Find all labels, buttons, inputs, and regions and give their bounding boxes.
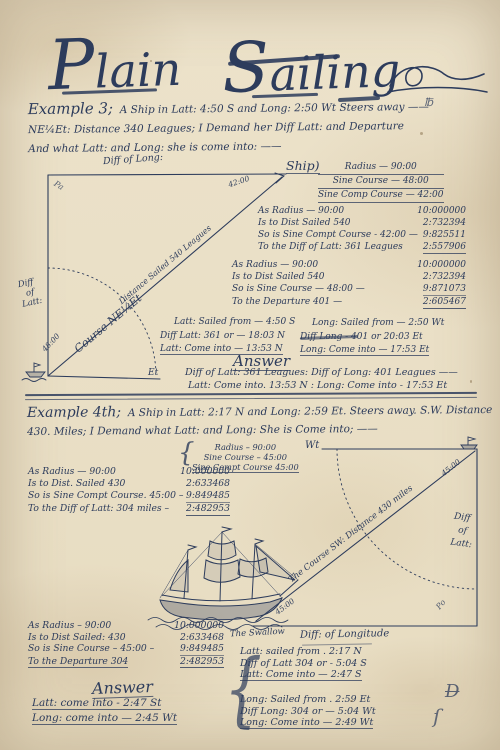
- example3-given-block: Radius — 90:00 Sine Course — 48:00 Sine …: [318, 161, 444, 203]
- answer4-line1: Latt: come into - 2:47 St: [32, 696, 177, 711]
- calc-label: Is to Dist Sailed: 430: [28, 632, 126, 644]
- latt3-row-1: Latt: Sailed from — 4:50 S: [160, 316, 295, 330]
- example3-calc-departure: As Radius — 90:0010:000000 Is to Dist Sa…: [232, 259, 466, 309]
- calc-row: So is Sine Compt Course. 45:00 –9:849485: [28, 490, 230, 502]
- example3-latt-block: Latt: Sailed from — 4:50 S Diff Latt: 36…: [160, 316, 295, 357]
- calc-label: As Radius — 90:00: [232, 259, 318, 271]
- results4-long-1: Long: Sailed from . 2:59 Et: [240, 694, 376, 706]
- results4-long-2: Diff Long: 304 or — 5:04 Wt: [240, 706, 376, 718]
- calc-label: Is to Dist. Sailed 430: [28, 478, 125, 490]
- results4-latt-block: Latt: sailed from . 2:17 N Diff of Latt …: [240, 646, 367, 681]
- calc-label: So is Sine Compt Course. 45:00 –: [28, 490, 183, 502]
- diagram3-ship-label: Ship): [286, 158, 320, 174]
- calc-label: Is to Dist Sailed 540: [258, 217, 351, 229]
- calc-value: 2:605467: [423, 295, 466, 309]
- calc-row: To the Diff of Latt: 304 miles –2:482953: [28, 502, 230, 516]
- manuscript-page: Plain Sailing ℔ Example 3; A Ship in Lat…: [0, 0, 500, 750]
- given3-row-sine-comp: Sine Comp Course — 42:00: [318, 189, 444, 203]
- ship-hull: [160, 598, 282, 620]
- calc-label: As Radius — 90:00: [258, 205, 344, 217]
- calc-value: 9:825511: [423, 229, 466, 241]
- example4-line1-text: A Ship in Latt: 2:17 N and Long: 2:59 Et…: [128, 404, 493, 419]
- calc-value: 2:482953: [186, 502, 230, 516]
- paper-speck: [470, 380, 472, 383]
- example3-line1-text: A Ship in Latt: 4:50 S and Long: 2:50 Wt…: [120, 101, 429, 116]
- calc-row: So is Sine Course – 45:00 –9:849485: [28, 643, 224, 655]
- calc-row: As Radius – 90:0010:000000: [28, 620, 224, 632]
- example3-calc-latt: As Radius — 90:0010:000000 Is to Dist Sa…: [258, 205, 466, 254]
- calc-label: So is Sine Compt Course - 42:00 —: [258, 229, 418, 241]
- ship-name-label: The Swallow: [230, 627, 285, 640]
- given3-row-radius: Radius — 90:00: [318, 161, 444, 175]
- calc-row: Is to Dist Sailed 5402:732394: [258, 217, 466, 229]
- paper-speck: [420, 132, 423, 135]
- diagram4-side-label-3: Latt:: [449, 536, 472, 552]
- example3-lead: Example 3;: [28, 99, 113, 118]
- calc-value: 2:633468: [186, 478, 230, 490]
- calc-row: So is Sine Course — 48:00 —9:871073: [232, 283, 466, 295]
- calc-value: 2:732394: [423, 217, 466, 229]
- calc-row: To the Departure 401 —2:605467: [232, 295, 466, 309]
- calc-row: Is to Dist Sailed 5402:732394: [232, 271, 466, 283]
- paper-speck: [150, 60, 152, 62]
- calc-label: As Radius — 90:00: [28, 466, 116, 478]
- calc-value: 10:000000: [174, 620, 224, 632]
- decor-s-mark: ſ: [433, 704, 440, 728]
- calc-value: 2:732394: [423, 271, 466, 283]
- calc-label: Is to Dist Sailed 540: [232, 271, 325, 283]
- paper-speck: [90, 470, 92, 472]
- ship-illustration: [148, 528, 300, 632]
- calc-value: 9:849485: [180, 643, 224, 655]
- diagram4-ship-doodle: [461, 437, 477, 449]
- results4-long-block: Long: Sailed from . 2:59 Et Diff Long: 3…: [240, 694, 376, 729]
- long3-row-1: Long: Sailed from — 2:50 Wt: [300, 317, 444, 331]
- calc-row: Is to Dist. Sailed 4302:633468: [28, 478, 230, 490]
- long3-row-3-text: Long: Come into — 17:53 Et: [300, 345, 429, 356]
- calc-label: So is Sine Course — 48:00 —: [232, 283, 365, 295]
- diagram4-bottom-label: Diff: of Longitude: [300, 628, 389, 641]
- example4-line1: Example 4th; A Ship in Latt: 2:17 N and …: [27, 400, 493, 423]
- diagram3-boat-doodle: [22, 363, 46, 382]
- diagram3-e-label: Et: [148, 368, 158, 378]
- results4-long-3-text: Long: Come into — 2:49 Wt: [240, 717, 373, 729]
- results4-latt-3: Latt: Come into — 2:47 S: [240, 669, 367, 681]
- title-flourish: [388, 52, 488, 98]
- calc-label: So is Sine Course – 45:00 –: [28, 643, 154, 655]
- diagram3-top-line: [48, 174, 286, 175]
- calc-row: So is Sine Compt Course - 42:00 —9:82551…: [258, 229, 466, 241]
- calc-value: 2:633468: [180, 632, 224, 644]
- latt3-row-2: Diff Latt: 361 or — 18:03 N: [160, 330, 295, 344]
- example3-answer-line2: Latt: Come into. 13:53 N : Long: Come in…: [188, 380, 447, 391]
- calc-value: 9:871073: [423, 283, 466, 295]
- calc-value: 10:000000: [417, 205, 466, 217]
- answer4-line1-text: Latt: come into - 2:47 St: [32, 697, 161, 710]
- example4-answer-block: Latt: come into - 2:47 St Long: come int…: [32, 696, 177, 726]
- diagram4-w-label: Wt: [305, 440, 319, 451]
- example4-calc-departure: As Radius – 90:0010:000000 Is to Dist Sa…: [28, 620, 224, 668]
- calc-value: 9:849485: [186, 490, 230, 502]
- paper-speck: [350, 700, 353, 702]
- calc-label: To the Departure 304: [28, 656, 128, 669]
- answer4-line2-text: Long: come into — 2:45 Wt: [32, 712, 177, 725]
- calc-row: Is to Dist Sailed: 4302:633468: [28, 632, 224, 644]
- example3-answer-line1: Diff of Latt: 361 Leagues: Diff of Long:…: [185, 367, 458, 378]
- example4-lead: Example 4th;: [27, 404, 121, 421]
- calc-row: As Radius — 90:0010:000000: [232, 259, 466, 271]
- calc-value: 10:000000: [417, 259, 466, 271]
- calc-value: 10:000000: [180, 466, 230, 478]
- diagram4-side-label-1: Diff: [453, 511, 476, 527]
- results4-long-3: Long: Come into — 2:49 Wt: [240, 717, 376, 729]
- calc-label: To the Diff of Latt: 304 miles –: [28, 503, 169, 515]
- calc-label: As Radius – 90:00: [28, 620, 111, 632]
- example4-calc-latt: As Radius — 90:0010:000000 Is to Dist. S…: [28, 466, 230, 516]
- given3-row-sine-course: Sine Course — 48:00: [318, 175, 444, 189]
- results4-latt-1: Latt: sailed from . 2:17 N: [240, 646, 367, 658]
- results4-latt-2: Diff of Latt 304 or - 5:04 S: [240, 658, 367, 670]
- calc-row: As Radius — 90:0010:000000: [28, 466, 230, 478]
- results4-latt-3-text: Latt: Come into — 2:47 S: [240, 669, 362, 681]
- calc-row: As Radius — 90:0010:000000: [258, 205, 466, 217]
- decor-d-mark: D: [445, 681, 459, 702]
- calc-label: To the Departure 401 —: [232, 296, 342, 308]
- calc-label: To the Diff of Latt: 361 Leagues: [258, 241, 403, 253]
- calc-row: To the Diff of Latt: 361 Leagues2:557906: [258, 241, 466, 254]
- calc-value: 2:557906: [423, 241, 466, 254]
- long3-row-3: Long: Come into — 17:53 Et: [300, 344, 444, 358]
- answer4-line2: Long: come into — 2:45 Wt: [32, 711, 177, 726]
- calc-value: 2:482953: [180, 655, 224, 669]
- diagram3-bottom-line: [48, 376, 160, 379]
- calc-row: To the Departure 3042:482953: [28, 655, 224, 669]
